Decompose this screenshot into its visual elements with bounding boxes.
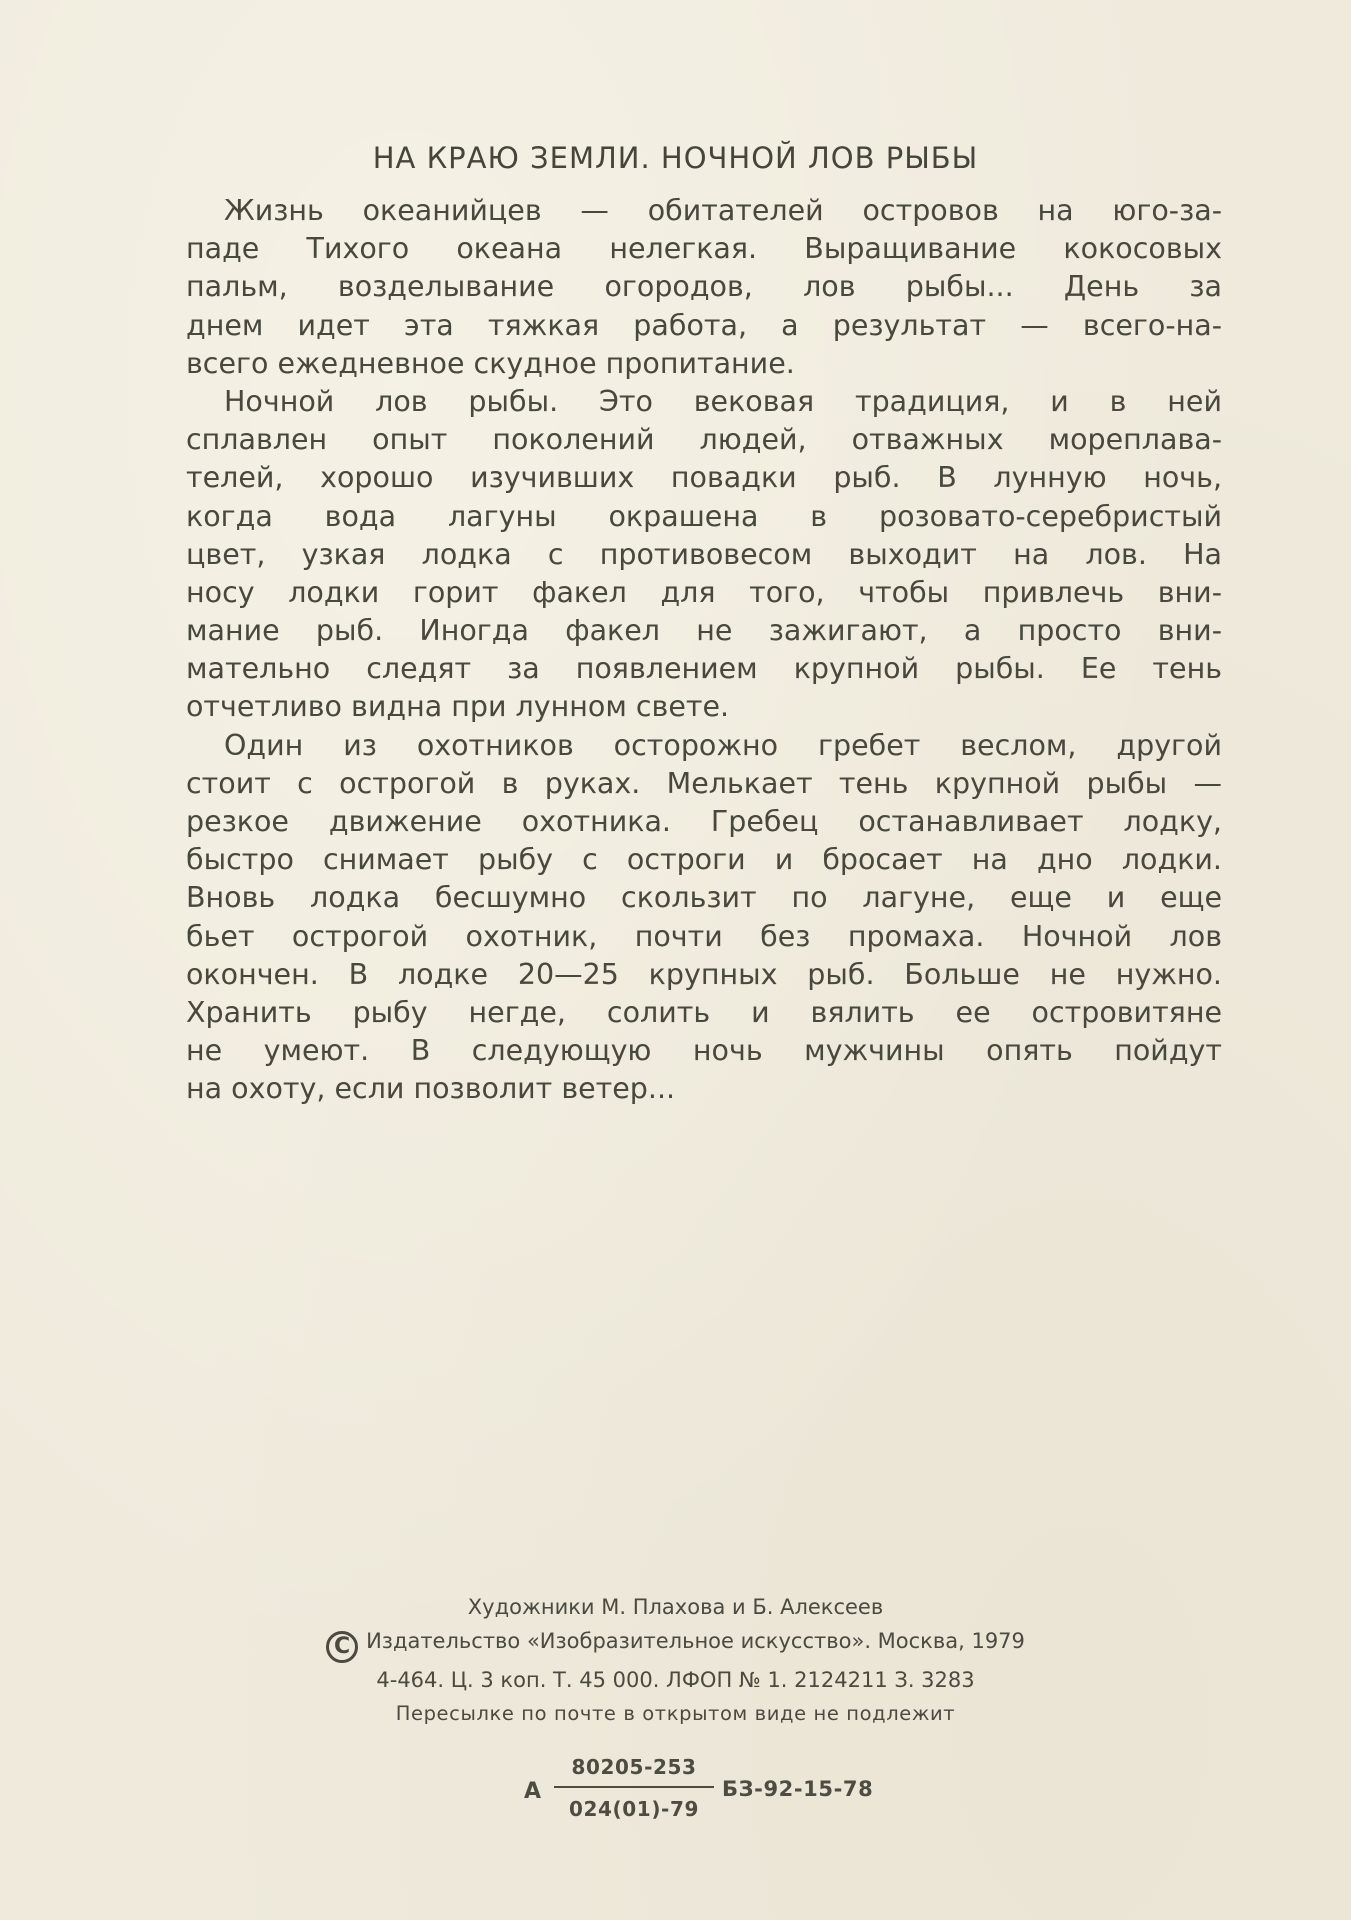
page-title: НА КРАЮ ЗЕМЛИ. НОЧНОЙ ЛОВ РЫБЫ bbox=[0, 141, 1351, 175]
text-line: на охоту, если позволит ветер... bbox=[186, 1070, 1222, 1108]
article-body: Жизнь океанийцев — обитателей островов н… bbox=[186, 192, 1222, 1109]
postal-note: Пересылке по почте в открытом виде не по… bbox=[0, 1697, 1351, 1731]
text-line: стоит с острогой в руках. Мелькает тень … bbox=[186, 765, 1222, 803]
text-line: отчетливо видна при лунном свете. bbox=[186, 688, 1222, 726]
copyright-icon: C bbox=[326, 1631, 358, 1663]
fraction-bar bbox=[554, 1786, 714, 1788]
text-line: резкое движение охотника. Гребец останав… bbox=[186, 803, 1222, 841]
text-line: быстро снимает рыбу с остроги и бросает … bbox=[186, 841, 1222, 879]
text-line: Вновь лодка бесшумно скользит по лагуне,… bbox=[186, 879, 1222, 917]
text-line: Ночной лов рыбы. Это вековая традиция, и… bbox=[186, 383, 1222, 421]
text-line: телей, хорошо изучивших повадки рыб. В л… bbox=[186, 459, 1222, 497]
text-line: Хранить рыбу негде, солить и вялить ее о… bbox=[186, 994, 1222, 1032]
text-line: пальм, возделывание огородов, лов рыбы..… bbox=[186, 268, 1222, 306]
imprint-footer: Художники М. Плахова и Б. Алексеев CИзда… bbox=[0, 1590, 1351, 1731]
index-denominator: 024(01)-79 bbox=[554, 1794, 714, 1824]
text-line: Жизнь океанийцев — обитателей островов н… bbox=[186, 192, 1222, 230]
text-line: всего ежедневное скудное пропитание. bbox=[186, 345, 1222, 383]
text-line: бьет острогой охотник, почти без промаха… bbox=[186, 918, 1222, 956]
publisher-line: CИздательство «Изобразительное искусство… bbox=[0, 1624, 1351, 1663]
print-info: 4-464. Ц. 3 коп. Т. 45 000. ЛФОП № 1. 21… bbox=[0, 1663, 1351, 1697]
text-line: окончен. В лодке 20—25 крупных рыб. Боль… bbox=[186, 956, 1222, 994]
text-line: сплавлен опыт поколений людей, отважных … bbox=[186, 421, 1222, 459]
text-line: мательно следят за появлением крупной ры… bbox=[186, 650, 1222, 688]
index-fraction: 80205-253 024(01)-79 bbox=[554, 1752, 714, 1824]
text-line: днем идет эта тяжкая работа, а результат… bbox=[186, 307, 1222, 345]
index-numerator: 80205-253 bbox=[554, 1752, 714, 1782]
text-line: не умеют. В следующую ночь мужчины опять… bbox=[186, 1032, 1222, 1070]
paragraph-2: Ночной лов рыбы. Это вековая традиция, и… bbox=[186, 383, 1222, 727]
text-line: Один из охотников осторожно гребет весло… bbox=[186, 727, 1222, 765]
text-line: паде Тихого океана нелегкая. Выращивание… bbox=[186, 230, 1222, 268]
text-line: цвет, узкая лодка с противовесом выходит… bbox=[186, 536, 1222, 574]
paragraph-1: Жизнь океанийцев — обитателей островов н… bbox=[186, 192, 1222, 383]
paragraph-3: Один из охотников осторожно гребет весло… bbox=[186, 727, 1222, 1109]
publisher-text: Издательство «Изобразительное искусство»… bbox=[366, 1629, 1025, 1653]
text-line: носу лодки горит факел для того, чтобы п… bbox=[186, 574, 1222, 612]
index-code: БЗ-92-15-78 bbox=[722, 1777, 873, 1801]
text-line: когда вода лагуны окрашена в розовато-се… bbox=[186, 498, 1222, 536]
artists-credit: Художники М. Плахова и Б. Алексеев bbox=[0, 1590, 1351, 1624]
index-letter: А bbox=[524, 1779, 542, 1804]
text-line: мание рыб. Иногда факел не зажигают, а п… bbox=[186, 612, 1222, 650]
